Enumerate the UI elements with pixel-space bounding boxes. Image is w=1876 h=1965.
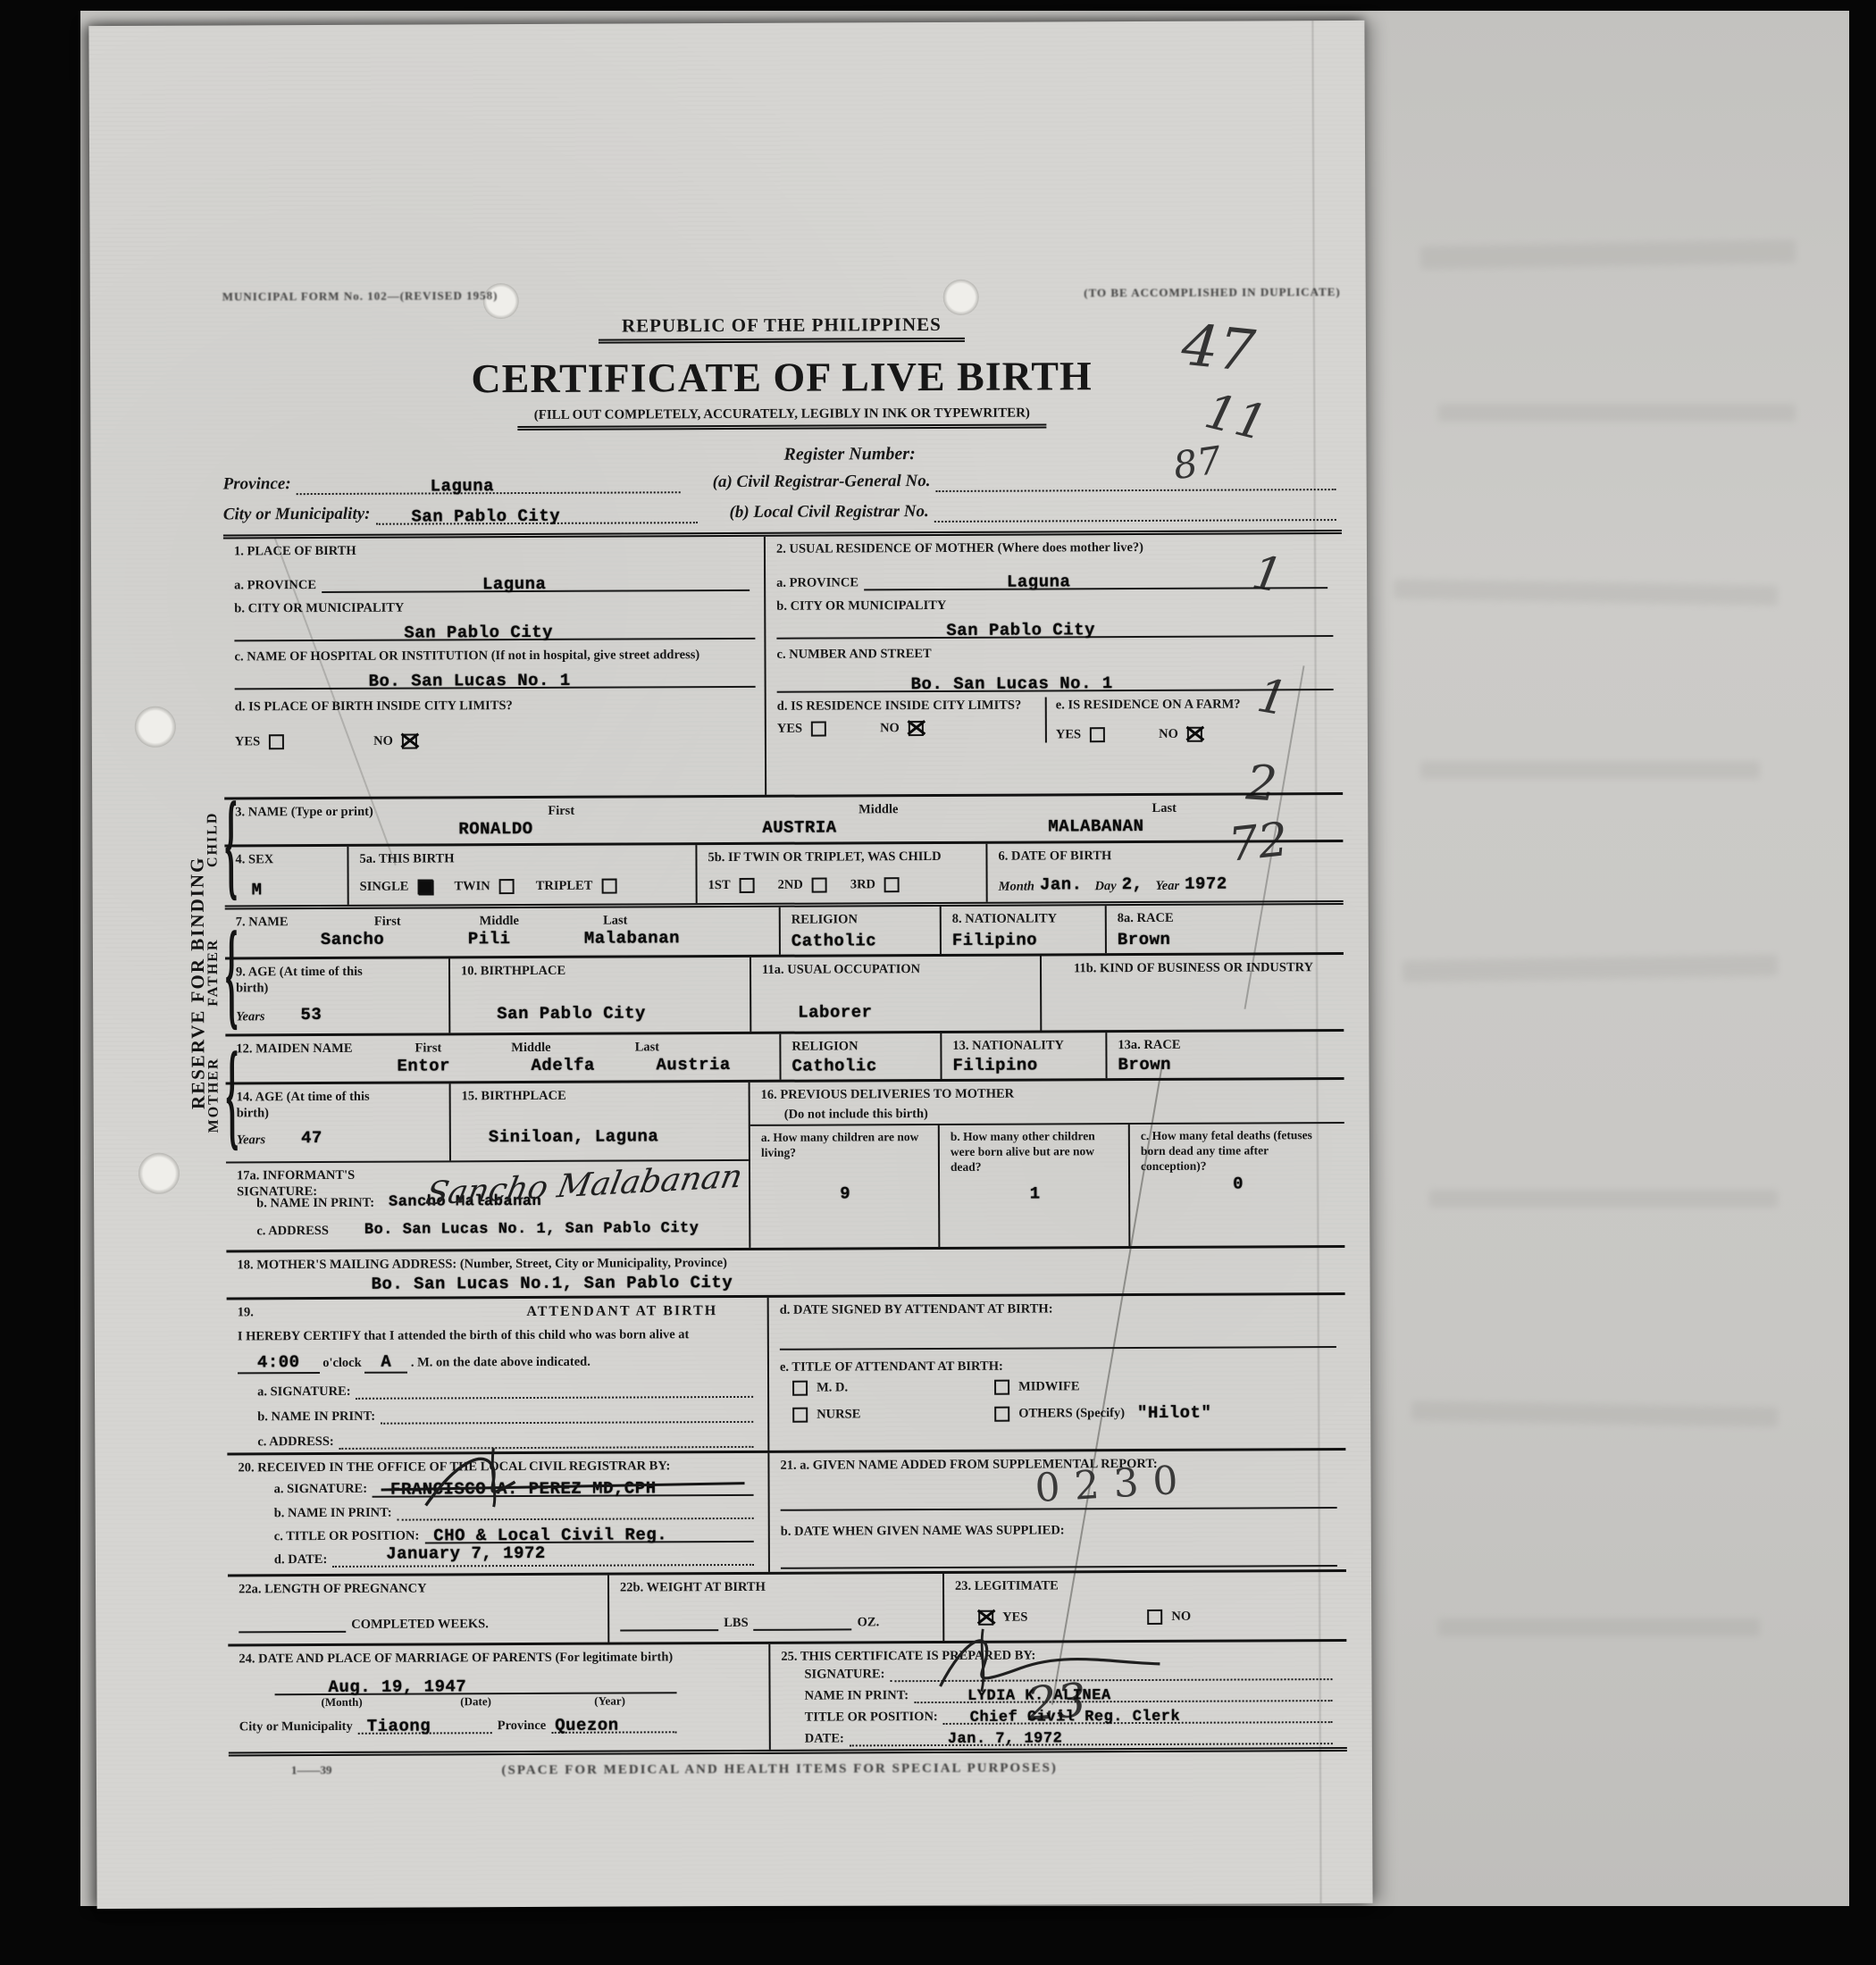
last-header: Last [593, 1039, 700, 1056]
date-signed-line [780, 1316, 1336, 1350]
checkbox-3rd [884, 877, 900, 892]
received-print-line [398, 1518, 754, 1521]
attendant-print-line [381, 1421, 753, 1425]
res-province-label: a. PROVINCE [776, 574, 858, 591]
no-label: NO [1171, 1609, 1191, 1624]
province-value: Laguna [431, 476, 495, 496]
pob-citylimits-label: d. IS PLACE OF BIRTH INSIDE CITY LIMITS? [235, 697, 756, 715]
child-middle-name: AUSTRIA [762, 817, 836, 837]
province-label: Province: [223, 473, 291, 495]
pob-hospital-value: Bo. San Lucas No. 1 [369, 671, 571, 691]
checkbox-midwife [994, 1380, 1009, 1395]
twin-order-label: 5b. IF TWIN OR TRIPLET, WAS CHILD [708, 849, 976, 865]
preparer-date-value: Jan. 7, 1972 [948, 1731, 1063, 1749]
month-caption: (Month) [275, 1694, 409, 1710]
checkbox-single-checked [417, 879, 432, 894]
middle-header: Middle [762, 800, 994, 817]
child-name-label: 3. NAME (Type or print) [235, 803, 458, 820]
checkbox-1st [740, 878, 755, 893]
father-religion-label: RELIGION [791, 911, 931, 928]
received-print-label: b. NAME IN PRINT: [274, 1504, 392, 1521]
bleedthrough-mark [1403, 954, 1778, 982]
date-of-birth-label: 6. DATE OF BIRTH [998, 847, 1334, 865]
checkbox-yes [1090, 727, 1105, 742]
checkbox-nurse [792, 1407, 808, 1422]
previous-deliveries-label: 16. PREVIOUS DELIVERIES TO MOTHER [761, 1086, 1015, 1101]
md-label: M. D. [817, 1381, 848, 1396]
preparer-date-label: DATE: [805, 1731, 844, 1747]
certificate-title: CERTIFICATE OF LIVE BIRTH [222, 351, 1341, 403]
father-last-name: Malabanan [584, 928, 680, 948]
child-first-name: RONALDO [458, 819, 532, 839]
second-order-label: 2ND [778, 878, 803, 893]
oz-line [754, 1628, 852, 1630]
first-order-label: 1ST [708, 878, 731, 893]
pob-city-value: San Pablo City [404, 623, 553, 643]
father-occupation-label: 11a. USUAL OCCUPATION [762, 960, 1031, 977]
marriage-label: 24. DATE AND PLACE OF MARRIAGE OF PARENT… [239, 1648, 759, 1667]
pregnancy-length-label: 22a. LENGTH OF PREGNANCY [239, 1579, 599, 1597]
children-living-value: 9 [761, 1183, 929, 1204]
yes-label: YES [777, 722, 802, 737]
pob-hospital-label: c. NAME OF HOSPITAL OR INSTITUTION (If n… [234, 647, 716, 665]
yes-label: YES [1002, 1610, 1027, 1625]
received-signature-label: a. SIGNATURE: [274, 1481, 368, 1498]
given-name-line [780, 1471, 1336, 1511]
checkbox-yes [811, 722, 826, 737]
mother-first-name: Entor [397, 1056, 450, 1075]
birth-weight-label: 22b. WEIGHT AT BIRTH [620, 1578, 934, 1596]
others-value: "Hilot" [1137, 1403, 1211, 1423]
father-race-value: Brown [1118, 929, 1335, 949]
received-date-value: January 7, 1972 [386, 1543, 546, 1564]
city-municipality-label: City or Municipality: [223, 504, 371, 525]
first-header: First [334, 913, 441, 930]
birth-time-value: 4:00 [238, 1352, 320, 1374]
weeks-line [239, 1631, 346, 1634]
bleedthrough-mark [1420, 239, 1796, 269]
place-of-birth-title: 1. PLACE OF BIRTH [234, 541, 755, 560]
mother-race-label: 13a. RACE [1118, 1036, 1335, 1053]
bleedthrough-mark [1438, 1618, 1760, 1636]
certificate-form: MUNICIPAL FORM No. 102—(REVISED 1958) (T… [222, 285, 1347, 1780]
nurse-label: NURSE [817, 1407, 860, 1422]
triplet-label: TRIPLET [536, 879, 593, 894]
marriage-date-value: Aug. 19, 1947 [328, 1677, 466, 1697]
informant-address-value: Bo. San Lucas No. 1, San Pablo City [364, 1220, 699, 1239]
lbs-label: LBS [724, 1615, 749, 1631]
month-label: Month [999, 878, 1034, 894]
local-civil-registrar-label: (b) Local Civil Registrar No. [729, 501, 928, 523]
footer-note: (SPACE FOR MEDICAL AND HEALTH ITEMS FOR … [501, 1760, 1057, 1779]
fill-out-note: (FILL OUT COMPLETELY, ACCURATELY, LEGIBL… [518, 406, 1046, 431]
marriage-city-value: Tiaong [367, 1716, 431, 1735]
local-civil-registrar-line [934, 519, 1336, 523]
checkbox-no-checked [909, 721, 924, 736]
year-caption: (Year) [543, 1693, 677, 1709]
birth-day: 2, [1122, 874, 1143, 894]
sex-value: M [252, 880, 339, 899]
no-label: NO [1159, 727, 1178, 742]
father-birthplace-label: 10. BIRTHPLACE [461, 962, 741, 979]
checkbox-others [994, 1406, 1009, 1421]
attendant-address-label: c. ADDRESS: [257, 1434, 333, 1450]
mother-nationality-label: 13. NATIONALITY [952, 1037, 1096, 1054]
father-middle-name: Pili [468, 929, 511, 949]
certificate-sheet: RESERVE FOR BINDING CHILD { FATHER { MOT… [88, 21, 1372, 1909]
year-label: Year [1155, 878, 1179, 894]
father-age-label: 9. AGE (At time of this birth) [236, 964, 379, 997]
republic-heading: REPUBLIC OF THE PHILIPPINES [599, 314, 965, 344]
last-header: Last [557, 912, 674, 929]
res-city-value: San Pablo City [946, 620, 1095, 640]
children-dead-value: 1 [951, 1183, 1119, 1204]
oclock-text: o'clock [322, 1355, 362, 1369]
registrar-signature-scribble [407, 1446, 604, 1509]
yes-label: YES [235, 735, 260, 750]
marriage-province-label: Province [498, 1718, 547, 1734]
received-title-label: c. TITLE OR POSITION: [274, 1527, 420, 1544]
bleedthrough-mark [1394, 579, 1778, 606]
preparer-name-value: LYDIA K. ALINEA [967, 1687, 1111, 1705]
attendant-title-label: e. TITLE OF ATTENDANT AT BIRTH: [780, 1357, 1336, 1375]
bleedthrough-mark [1411, 1401, 1778, 1426]
checkbox-md [792, 1381, 808, 1396]
mother-age-label: 14. AGE (At time of this birth) [237, 1089, 380, 1122]
child-section-label: CHILD [205, 811, 221, 867]
father-age-value: 53 [300, 1005, 322, 1024]
father-religion-value: Catholic [791, 931, 931, 951]
mailing-address-value: Bo. San Lucas No.1, San Pablo City [372, 1270, 1336, 1294]
father-nationality-label: 8. NATIONALITY [952, 910, 1096, 927]
father-nationality-value: Filipino [952, 930, 1096, 950]
mother-last-name: Austria [656, 1055, 730, 1074]
res-street-value: Bo. San Lucas No. 1 [911, 673, 1113, 694]
punch-hole [138, 1153, 180, 1194]
father-first-name: Sancho [321, 930, 385, 949]
mother-birthplace-value: Siniloan, Laguna [489, 1126, 740, 1147]
mother-middle-name: Adelfa [531, 1056, 595, 1075]
pob-province-label: a. PROVINCE [234, 577, 316, 594]
marriage-province-value: Quezon [555, 1715, 619, 1735]
mother-religion-value: Catholic [791, 1056, 931, 1076]
first-header: First [458, 802, 664, 819]
certify-text: I HEREBY CERTIFY that I attended the bir… [238, 1327, 690, 1343]
legitimate-label: 23. LEGITIMATE [955, 1576, 1337, 1594]
informant-print-label: b. NAME IN PRINT: [256, 1195, 374, 1212]
father-industry-label: 11b. KIND OF BUSINESS OR INDUSTRY [1052, 959, 1335, 977]
res-farm-label: e. IS RESIDENCE ON A FARM? [1056, 696, 1334, 713]
received-title-value: CHO & Local Civil Reg. [433, 1525, 667, 1545]
res-citylimits-label: d. IS RESIDENCE INSIDE CITY LIMITS? [777, 698, 1045, 715]
preparer-signature-label: SIGNATURE: [804, 1666, 884, 1683]
previous-deliveries-note: (Do not include this birth) [784, 1104, 1336, 1123]
middle-header: Middle [441, 913, 557, 930]
preparer-title-label: TITLE OR POSITION: [805, 1709, 938, 1726]
attendant-signature-label: a. SIGNATURE: [257, 1384, 351, 1401]
father-section-label: FATHER [205, 938, 222, 1006]
years-label: Years [236, 1008, 264, 1024]
checkbox-legitimate-no [1147, 1610, 1162, 1625]
this-birth-label: 5a. THIS BIRTH [359, 849, 686, 867]
received-date-label: d. DATE: [274, 1551, 327, 1568]
maiden-name-label: 12. MAIDEN NAME [236, 1041, 388, 1058]
informant-address-label: c. ADDRESS [256, 1223, 329, 1239]
twin-label: TWIN [454, 879, 490, 894]
checkbox-legitimate-yes-checked [978, 1610, 993, 1625]
attendant-title: ATTENDANT AT BIRTH [526, 1302, 717, 1321]
attendant-number: 19. [238, 1304, 254, 1322]
mother-section-label: MOTHER [205, 1057, 222, 1133]
checkbox-twin [499, 879, 515, 894]
mother-race-value: Brown [1118, 1054, 1335, 1074]
residence-title: 2. USUAL RESIDENCE OF MOTHER (Where does… [776, 539, 1333, 557]
first-header: First [388, 1040, 468, 1057]
birth-year: 1972 [1185, 874, 1227, 894]
lbs-line [620, 1629, 718, 1631]
checkbox-2nd [812, 878, 827, 893]
completed-weeks-label: COMPLETED WEEKS. [351, 1616, 489, 1633]
pob-province-value: Laguna [482, 574, 547, 594]
preparer-title-value: Chief Civil Reg. Clerk [970, 1709, 1181, 1727]
given-name-date-line [781, 1538, 1337, 1569]
footer-form-code: 1——39 [291, 1763, 332, 1780]
fetal-deaths-label: c. How many fetal deaths (fetuses born d… [1141, 1128, 1336, 1175]
register-number-label: Register Number: [783, 441, 1341, 466]
bleedthrough-mark [1438, 404, 1796, 422]
single-label: SINGLE [360, 880, 409, 895]
father-name-label: 7. NAME [236, 914, 334, 931]
mother-birthplace-label: 15. BIRTHPLACE [462, 1087, 740, 1104]
oz-label: OZ. [858, 1614, 880, 1630]
birth-month: Jan. [1040, 874, 1083, 894]
checkbox-yes [269, 734, 284, 749]
date-indicated-text: . M. on the date above indicated. [411, 1354, 590, 1369]
checkbox-triplet [601, 879, 616, 894]
child-last-name: MALABANAN [1048, 816, 1143, 836]
bleedthrough-mark [1429, 1190, 1778, 1208]
father-race-label: 8a. RACE [1118, 909, 1335, 926]
attendant-signature-line [356, 1396, 754, 1400]
third-order-label: 3RD [850, 877, 875, 892]
father-birthplace-value: San Pablo City [497, 1003, 741, 1024]
marriage-city-label: City or Municipality [239, 1718, 353, 1735]
children-living-label: a. How many children are now living? [761, 1130, 929, 1161]
city-municipality-value: San Pablo City [411, 506, 560, 527]
no-label: NO [373, 734, 393, 749]
middle-header: Middle [468, 1040, 593, 1057]
years-label: Years [237, 1132, 265, 1148]
duplicate-note: (TO BE ACCOMPLISHED IN DUPLICATE) [1084, 285, 1341, 301]
day-label: Day [1095, 878, 1117, 894]
res-province-value: Laguna [1007, 572, 1071, 591]
civil-registrar-general-label: (a) Civil Registrar-General No. [713, 471, 931, 493]
mother-age-value: 47 [301, 1128, 322, 1148]
checkbox-no-checked [1187, 727, 1202, 742]
fetal-deaths-value: 0 [1141, 1174, 1336, 1194]
civil-registrar-general-line [935, 489, 1336, 492]
attendant-print-label: b. NAME IN PRINT: [257, 1409, 375, 1426]
midwife-label: MIDWIFE [1018, 1380, 1080, 1395]
mother-nationality-value: Filipino [952, 1055, 1096, 1075]
father-occupation-value: Laborer [798, 1002, 1031, 1023]
sex-label: 4. SEX [235, 851, 338, 868]
form-number: MUNICIPAL FORM No. 102—(REVISED 1958) [222, 288, 498, 305]
checkbox-no-checked [402, 734, 417, 749]
yes-label: YES [1056, 728, 1081, 743]
children-dead-label: b. How many other children were born ali… [951, 1129, 1119, 1175]
others-label: OTHERS (Specify) [1018, 1406, 1125, 1422]
bleedthrough-mark [1420, 761, 1760, 779]
preparer-print-label: NAME IN PRINT: [805, 1687, 909, 1704]
ampm-value: A [364, 1351, 407, 1373]
no-label: NO [880, 721, 900, 736]
preparer-signature-scribble [904, 1627, 1172, 1691]
mother-religion-label: RELIGION [791, 1038, 931, 1055]
punch-hole [135, 707, 176, 748]
last-header: Last [1048, 799, 1280, 816]
